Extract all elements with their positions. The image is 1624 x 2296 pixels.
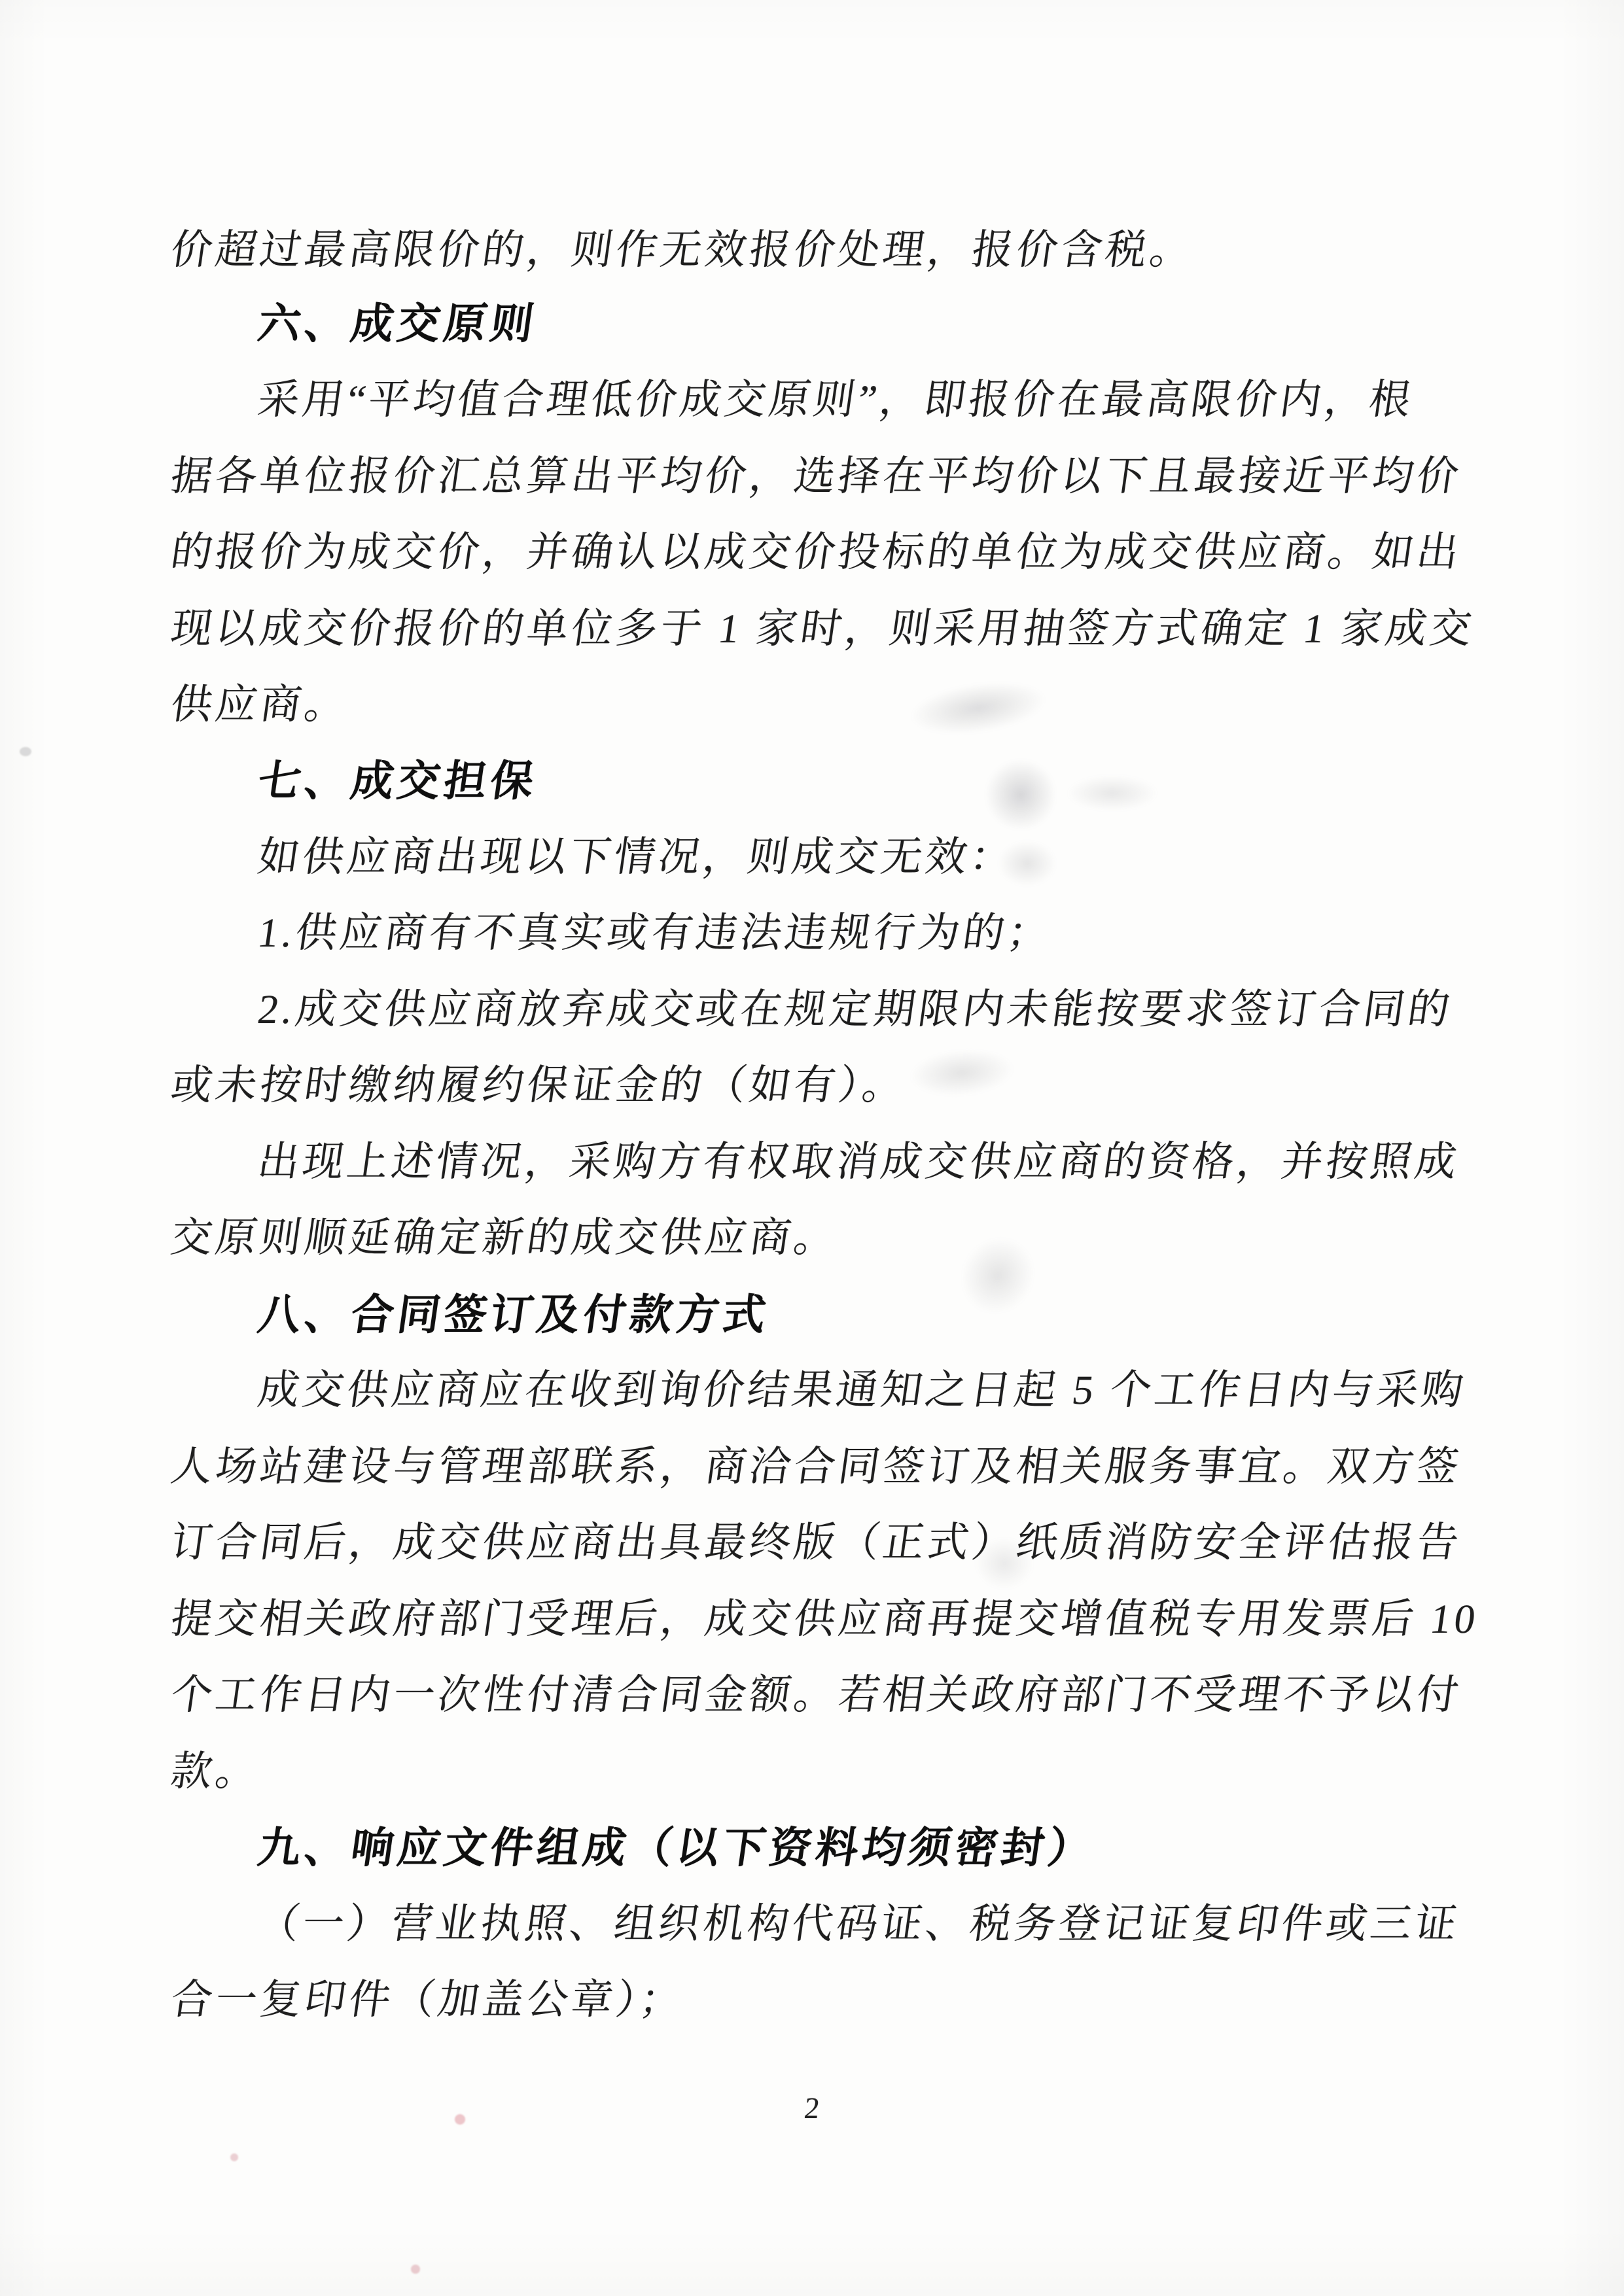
- scan-speck: [411, 2265, 420, 2274]
- text-line: 的报价为成交价，并确认以成交价投标的单位为成交供应商。如出: [168, 531, 1464, 574]
- text-line: 合一复印件（加盖公章）；: [168, 1978, 688, 2021]
- text-line: 款。: [168, 1750, 263, 1793]
- text-line: 价超过最高限价的，则作无效报价处理，报价含税。: [168, 228, 1197, 271]
- text-line: 交原则顺延确定新的成交供应商。: [168, 1216, 841, 1259]
- text-line: 供应商。: [168, 683, 352, 726]
- list-item-1: 1.供应商有不真实或有违法违规行为的；: [168, 911, 1055, 954]
- scan-speck: [230, 2153, 238, 2161]
- text-line: 如供应商出现以下情况，则成交无效：: [168, 835, 1017, 878]
- text-line: 成交供应商应在收到询价结果通知之日起 5 个工作日内与采购: [168, 1368, 1469, 1412]
- text-line: 出现上述情况，采购方有权取消成交供应商的资格，并按照成: [168, 1140, 1462, 1183]
- text-line: （一）营业执照、组织机构代码证、税务登记证复印件或三证: [168, 1902, 1462, 1945]
- scan-speck: [455, 2114, 465, 2125]
- section-heading-6-deal-principle: 六、成交原则: [168, 302, 540, 346]
- text-line: 人场站建设与管理部联系，商洽合同签订及相关服务事宜。双方签: [168, 1445, 1464, 1488]
- text-line: 个工作日内一次性付清合同金额。若相关政府部门不受理不予以付: [168, 1673, 1464, 1716]
- scan-smudge: [975, 749, 1067, 841]
- page-number: 2: [777, 2091, 847, 2125]
- scan-smudge: [908, 1045, 1015, 1100]
- scan-speck: [20, 747, 31, 756]
- section-heading-8-contract-payment: 八、合同签订及付款方式: [168, 1293, 773, 1337]
- text-line: 或未按时缴纳履约保证金的（如有）。: [168, 1064, 910, 1107]
- text-line: 订合同后，成交供应商出具最终版（正式）纸质消防安全评估报告: [168, 1521, 1464, 1564]
- text-line: 采用“平均值合理低价成交原则”，即报价在最高限价内，根: [168, 378, 1417, 421]
- text-line: 提交相关政府部门受理后，成交供应商再提交增值税专用发票后 10: [168, 1597, 1481, 1641]
- scan-smudge: [907, 674, 1050, 742]
- text-line: 现以成交价报价的单位多于 1 家时，则采用抽签方式确定 1 家成交: [168, 607, 1477, 650]
- scan-smudge: [947, 1224, 1048, 1328]
- section-heading-9-response-documents: 九、响应文件组成（以下资料均须密封）: [168, 1826, 1098, 1870]
- text-line: 据各单位报价汇总算出平均价，选择在平均价以下且最接近平均价: [168, 455, 1464, 498]
- section-heading-7-deal-guarantee: 七、成交担保: [168, 759, 540, 803]
- list-item-2: 2.成交供应商放弃成交或在规定期限内未能按要求签订合同的: [168, 988, 1456, 1031]
- document-page: 价超过最高限价的，则作无效报价处理，报价含税。 六、成交原则 采用“平均值合理低…: [0, 0, 1624, 2296]
- scan-smudge: [1067, 775, 1158, 811]
